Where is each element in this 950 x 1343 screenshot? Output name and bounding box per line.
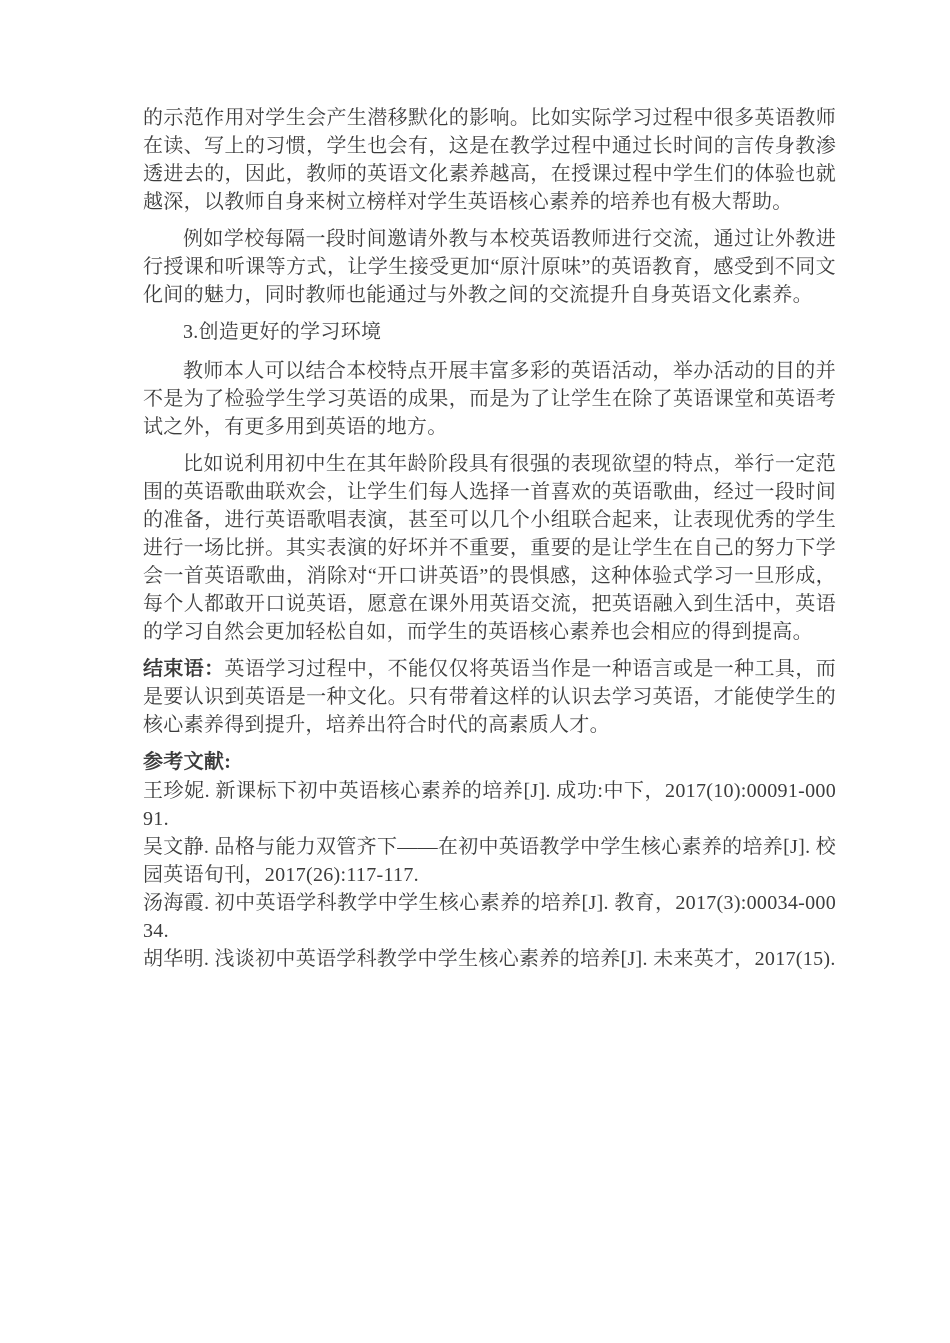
document-page: 的示范作用对学生会产生潜移默化的影响。比如实际学习过程中很多英语教师在读、写上的…: [0, 0, 950, 1343]
references-heading: 参考文献:: [143, 748, 836, 776]
reference-item: 胡华明. 浅谈初中英语学科教学中学生核心素养的培养[J]. 未来英才，2017(…: [143, 945, 836, 973]
conclusion-text: 英语学习过程中，不能仅仅将英语当作是一种语言或是一种工具，而是要认识到英语是一种…: [143, 658, 836, 736]
body-paragraph: 比如说利用初中生在其年龄阶段具有很强的表现欲望的特点，举行一定范围的英语歌曲联欢…: [143, 450, 836, 646]
document-content: 的示范作用对学生会产生潜移默化的影响。比如实际学习过程中很多英语教师在读、写上的…: [143, 104, 836, 973]
body-paragraph-continuation: 的示范作用对学生会产生潜移默化的影响。比如实际学习过程中很多英语教师在读、写上的…: [143, 104, 836, 216]
conclusion-label: 结束语：: [143, 658, 225, 680]
references-list: 王珍妮. 新课标下初中英语核心素养的培养[J]. 成功:中下，2017(10):…: [143, 777, 836, 973]
conclusion-paragraph: 结束语：英语学习过程中，不能仅仅将英语当作是一种语言或是一种工具，而是要认识到英…: [143, 655, 836, 739]
section-heading: 3.创造更好的学习环境: [143, 318, 836, 346]
body-paragraph: 教师本人可以结合本校特点开展丰富多彩的英语活动，举办活动的目的并不是为了检验学生…: [143, 357, 836, 441]
reference-item: 王珍妮. 新课标下初中英语核心素养的培养[J]. 成功:中下，2017(10):…: [143, 777, 836, 833]
reference-item: 汤海霞. 初中英语学科教学中学生核心素养的培养[J]. 教育，2017(3):0…: [143, 889, 836, 945]
body-paragraph: 例如学校每隔一段时间邀请外教与本校英语教师进行交流，通过让外教进行授课和听课等方…: [143, 225, 836, 309]
reference-item: 吴文静. 品格与能力双管齐下——在初中英语教学中学生核心素养的培养[J]. 校园…: [143, 833, 836, 889]
